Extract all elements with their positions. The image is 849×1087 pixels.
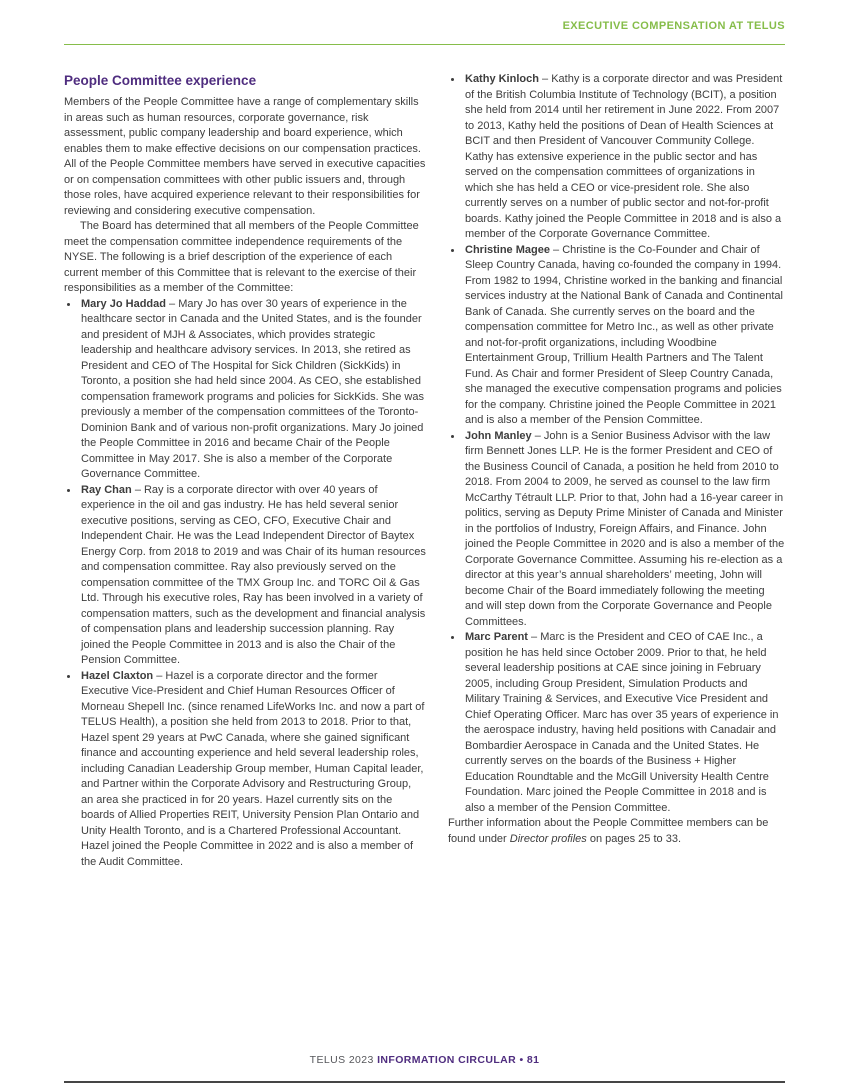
closing-paragraph: Further information about the People Com… <box>448 816 785 847</box>
member-item-mary-jo-haddad: Mary Jo Haddad – Mary Jo has over 30 yea… <box>79 297 426 483</box>
member-name: Mary Jo Haddad <box>81 298 166 310</box>
section-heading: People Committee experience <box>64 72 426 89</box>
member-bio: – Christine is the Co-Founder and Chair … <box>465 244 783 427</box>
member-bio: – Ray is a corporate director with over … <box>81 484 426 667</box>
member-list-right: Kathy Kinloch – Kathy is a corporate dir… <box>448 72 785 816</box>
member-bio: – Mary Jo has over 30 years of experienc… <box>81 298 424 481</box>
member-name: John Manley <box>465 430 532 442</box>
closing-suffix: on pages 25 to 33. <box>587 833 681 845</box>
footer-divider <box>64 1081 785 1083</box>
footer-company-year: TELUS 2023 <box>310 1054 377 1066</box>
member-bio: – Marc is the President and CEO of CAE I… <box>465 631 778 814</box>
right-column: Kathy Kinloch – Kathy is a corporate dir… <box>448 72 785 847</box>
member-bio: – John is a Senior Business Advisor with… <box>465 430 784 628</box>
page-header-title: EXECUTIVE COMPENSATION AT TELUS <box>563 20 785 32</box>
member-item-kathy-kinloch: Kathy Kinloch – Kathy is a corporate dir… <box>463 72 785 243</box>
member-item-hazel-claxton: Hazel Claxton – Hazel is a corporate dir… <box>79 669 426 871</box>
document-page: EXECUTIVE COMPENSATION AT TELUS People C… <box>0 0 849 1087</box>
closing-italic-reference: Director profiles <box>510 833 587 845</box>
member-item-marc-parent: Marc Parent – Marc is the President and … <box>463 630 785 816</box>
left-column: People Committee experience Members of t… <box>64 72 426 870</box>
content-columns: People Committee experience Members of t… <box>64 72 785 870</box>
member-item-christine-magee: Christine Magee – Christine is the Co-Fo… <box>463 243 785 429</box>
intro-paragraph-1: Members of the People Committee have a r… <box>64 95 426 219</box>
member-name: Marc Parent <box>465 631 528 643</box>
member-item-john-manley: John Manley – John is a Senior Business … <box>463 429 785 631</box>
member-list-left: Mary Jo Haddad – Mary Jo has over 30 yea… <box>64 297 426 871</box>
member-name: Kathy Kinloch <box>465 73 539 85</box>
member-bio: – Hazel is a corporate director and the … <box>81 670 424 868</box>
member-name: Christine Magee <box>465 244 550 256</box>
member-bio: – Kathy is a corporate director and was … <box>465 73 782 240</box>
member-item-ray-chan: Ray Chan – Ray is a corporate director w… <box>79 483 426 669</box>
member-name: Hazel Claxton <box>81 670 153 682</box>
header-divider <box>64 44 785 45</box>
intro-paragraph-2: The Board has determined that all member… <box>64 219 426 297</box>
member-name: Ray Chan <box>81 484 132 496</box>
footer-document-page-number: INFORMATION CIRCULAR • 81 <box>377 1054 539 1066</box>
page-footer: TELUS 2023 INFORMATION CIRCULAR • 81 <box>0 1054 849 1066</box>
